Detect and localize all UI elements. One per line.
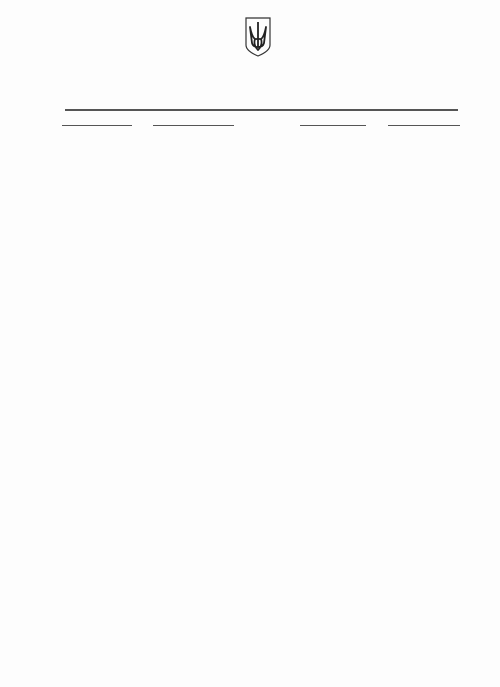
header-divider xyxy=(65,109,458,111)
document-page xyxy=(0,0,500,687)
from-date-underline xyxy=(388,125,460,126)
number-underline xyxy=(153,125,234,126)
in-reply-underline xyxy=(300,125,366,126)
trident-coat-of-arms-icon xyxy=(244,17,272,57)
date-underline xyxy=(62,125,132,126)
